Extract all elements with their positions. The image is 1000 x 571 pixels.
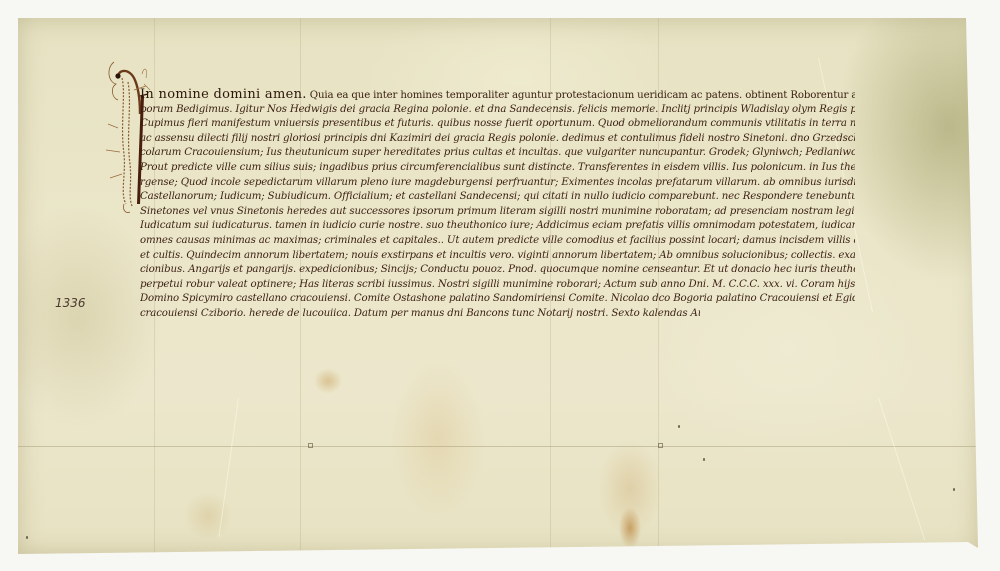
text-line-6: Prout predicte ville cum silius suis; in… [140, 161, 855, 176]
text-line-5: colarum Cracouiensium; Ius theutunicum s… [140, 146, 855, 161]
ink-spot [953, 488, 955, 491]
text-line-3: Cupimus fieri manifestum vniuersis prese… [140, 117, 855, 132]
pinhole-mark [308, 443, 313, 448]
horizontal-fold-line [18, 446, 978, 447]
text-line-9: Sinetones vel vnus Sinetonis heredes aut… [140, 205, 855, 220]
text-line-11: omnes causas minimas ac maximas; crimina… [140, 234, 855, 249]
text-line-content: Quia ea que inter homines temporaliter a… [310, 90, 855, 101]
text-line-10: Iudicatum sui iudicaturus. tamen in iudi… [140, 219, 855, 234]
crease [878, 398, 925, 541]
text-line-14: perpetui robur valeat optinere; Has lite… [140, 278, 855, 293]
text-line-15: Domino Spicymiro castellano cracouiensi.… [140, 292, 855, 307]
text-line-2: porum Bedigimus. Igitur Nos Hedwigis dei… [140, 103, 855, 118]
pinhole-mark [658, 443, 663, 448]
charter-text: In nomine domini amen. Quia ea que inter… [140, 88, 855, 322]
ink-spot [26, 536, 28, 539]
text-line-7: rgense; Quod incole sepedictarum villaru… [140, 176, 855, 191]
ink-spot [678, 425, 680, 428]
ink-spot [703, 458, 705, 461]
parchment-charter: In nomine domini amen. Quia ea que inter… [18, 18, 978, 554]
text-line-13: cionibus. Angarijs et pangarijs. expedic… [140, 263, 855, 278]
text-line-16: cracouiensi Cziborio. herede de lucouiic… [140, 307, 700, 322]
crease [219, 398, 239, 537]
opening-invocation: In nomine domini amen. [140, 88, 307, 102]
text-line-12: et cultis. Quindecim annorum libertatem;… [140, 249, 855, 264]
text-line-4: ac assensu dilecti filij nostri gloriosi… [140, 132, 855, 147]
catalog-number: 1336 [55, 296, 86, 310]
text-line-1: In nomine domini amen. Quia ea que inter… [140, 88, 855, 103]
text-line-8: Castellanorum; Iudicum; Subiudicum. Offi… [140, 190, 855, 205]
